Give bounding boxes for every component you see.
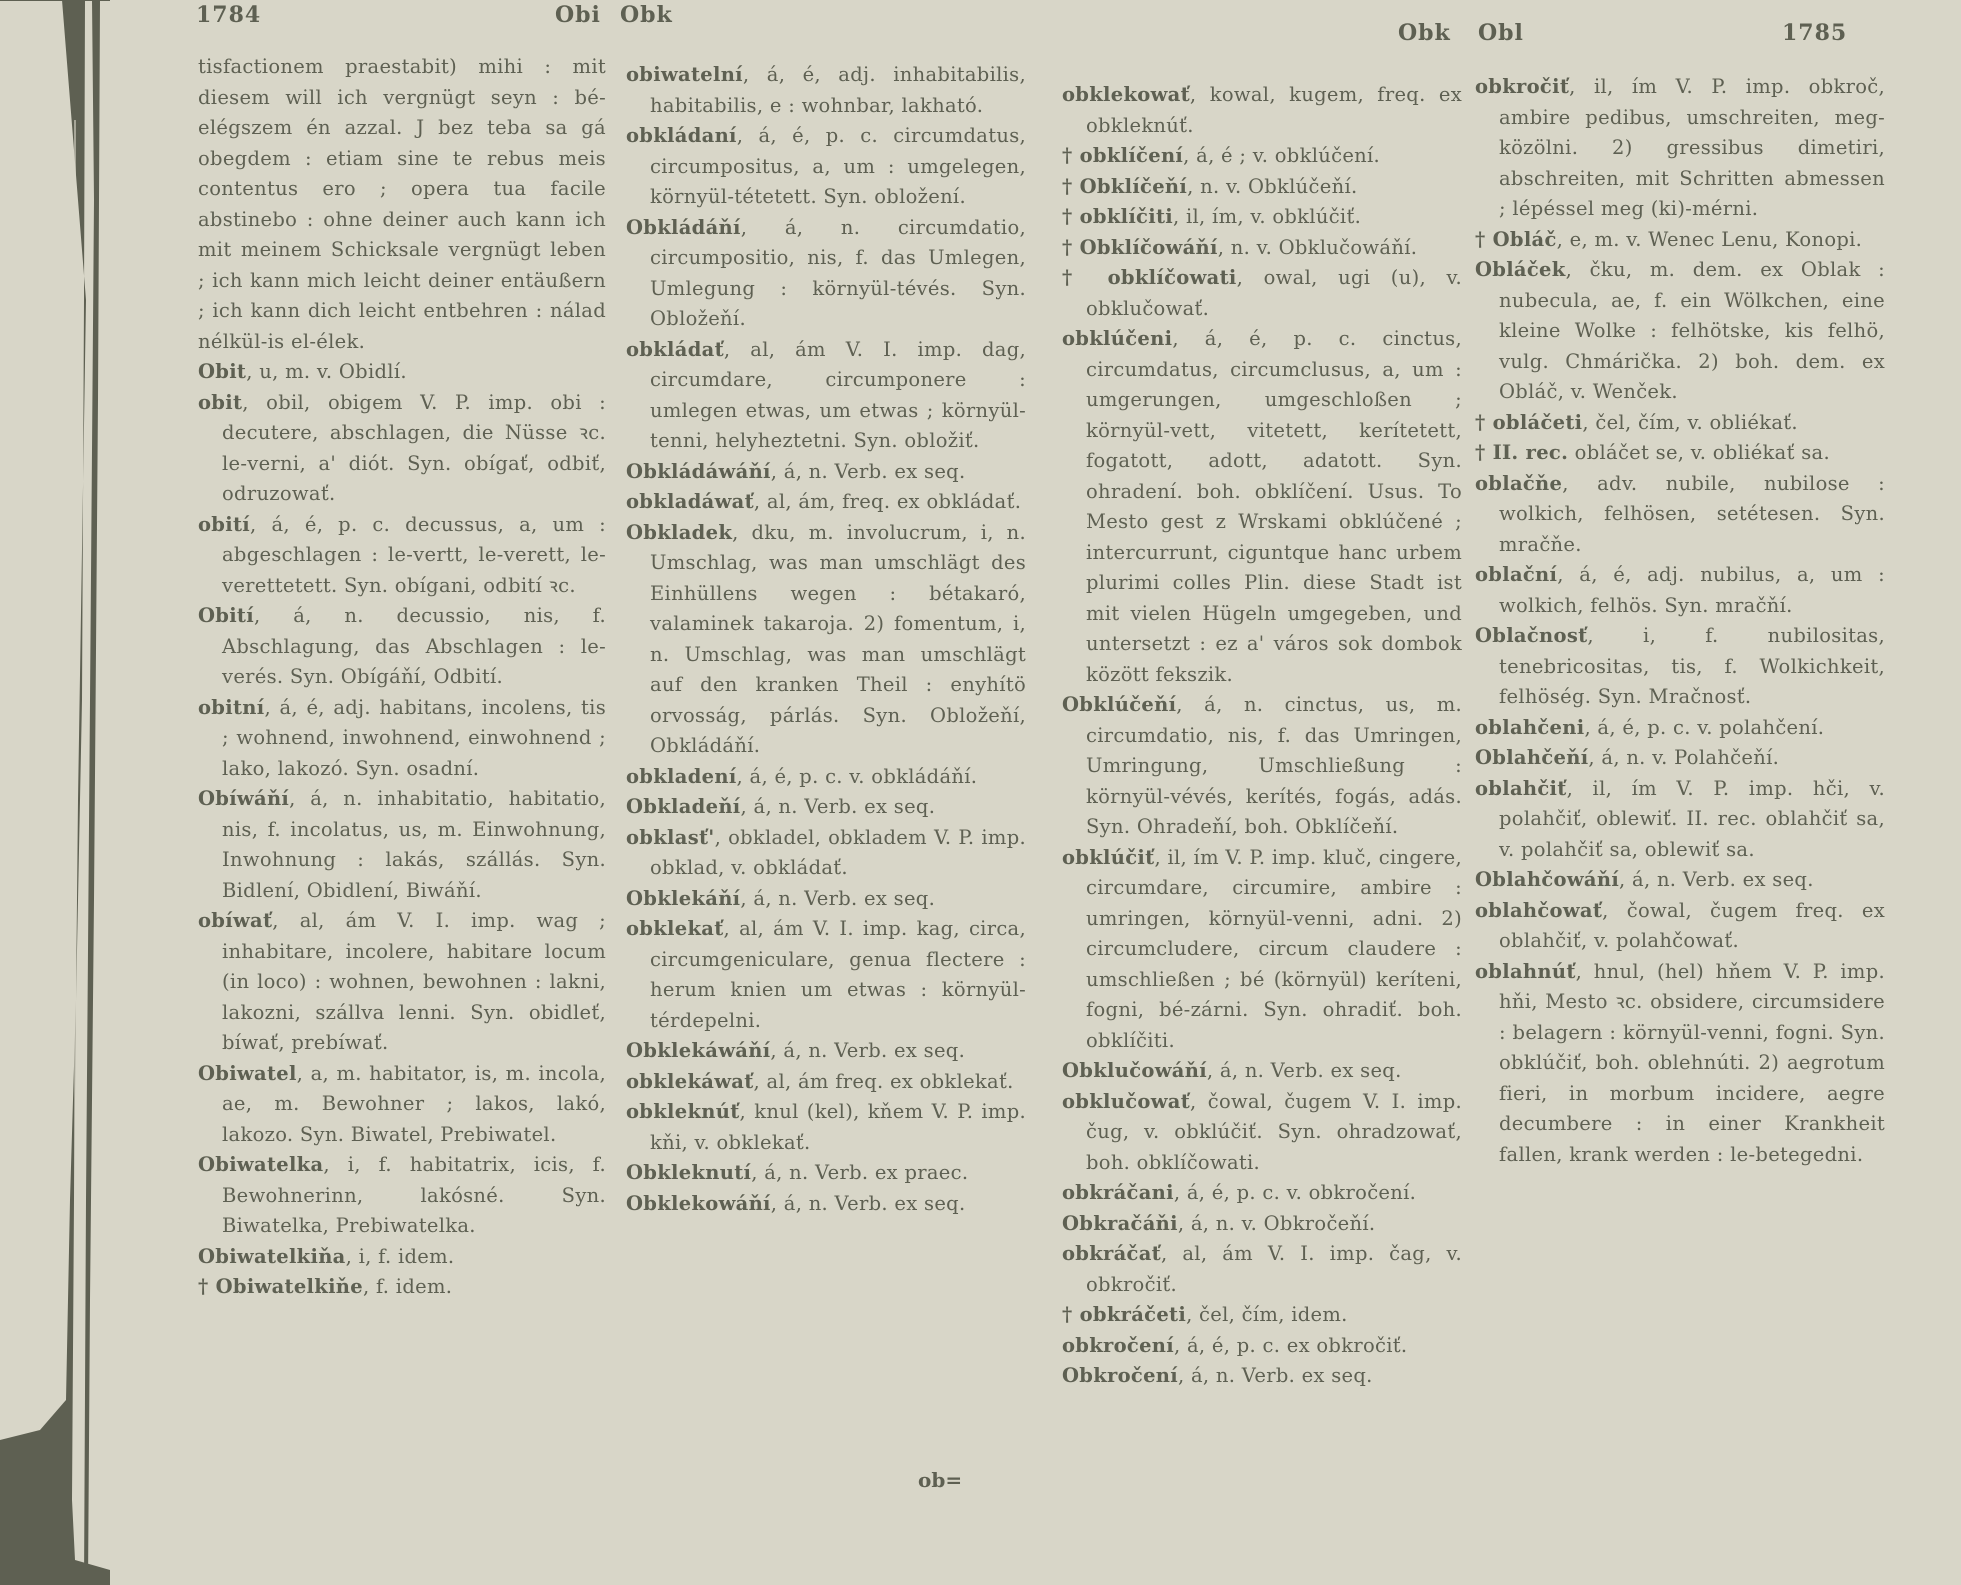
definition-text: , á, é, adj. nubilus, a, um : wolkich, f…	[1499, 563, 1885, 617]
page-number-left: 1784	[196, 2, 261, 28]
dictionary-entry: Obklekáwáňí, á, n. Verb. ex seq.	[626, 1036, 1026, 1067]
dictionary-entry: obíwať, al, ám V. I. imp. wag ; inhabita…	[198, 906, 606, 1059]
dictionary-entry: obit, obil, obigem V. P. imp. obi : decu…	[198, 388, 606, 510]
dictionary-entry: Obkládáňí, á, n. circumdatio, circumposi…	[626, 213, 1026, 335]
dictionary-entry: oblahnúť, hnul, (hel) hňem V. P. imp. hň…	[1475, 957, 1885, 1171]
definition-text: , á, n. Verb. ex seq.	[1178, 1364, 1373, 1387]
dictionary-entry: † II. rec. obláčet se, v. obliékať sa.	[1475, 438, 1885, 469]
headword: obklíčowati	[1108, 266, 1237, 289]
dictionary-entry: oblační, á, é, adj. nubilus, a, um : wol…	[1475, 560, 1885, 621]
dictionary-entry: Oblahčowáňí, á, n. Verb. ex seq.	[1475, 865, 1885, 896]
obsolete-dagger-icon: †	[1062, 236, 1080, 259]
definition-text: , á, é, p. c. v. obkládáňí.	[737, 765, 978, 788]
dictionary-entry: Oblačnosť, i, f. nubilositas, tenebricos…	[1475, 621, 1885, 713]
dictionary-entry: obkládaní, á, é, p. c. circumdatus, circ…	[626, 121, 1026, 213]
headword: obklučowať	[1062, 1090, 1190, 1113]
dictionary-entry: Obklúčeňí, á, n. cinctus, us, m. circumd…	[1062, 690, 1462, 843]
dictionary-entry: obklekať, al, ám V. I. imp. kag, circa, …	[626, 914, 1026, 1036]
dictionary-entry: tisfactionem praestabit) mihi : mit dies…	[198, 52, 606, 357]
headword: Obkračáňi	[1062, 1212, 1178, 1235]
column-4: obkročiť, il, ím V. P. imp. obkroč, ambi…	[1475, 72, 1885, 1170]
obsolete-dagger-icon: †	[1062, 1303, 1080, 1326]
headword: obkládaní	[626, 124, 737, 147]
dictionary-entry: † obklíčowati, owal, ugi (u), v. obklučo…	[1062, 263, 1462, 324]
dictionary-entry: Obkládáwáňí, á, n. Verb. ex seq.	[626, 457, 1026, 488]
headword: Obklúčeňí	[1062, 693, 1176, 716]
headword: obkladáwať	[626, 490, 754, 513]
headword: obiwatelní	[626, 63, 743, 86]
column-1: tisfactionem praestabit) mihi : mit dies…	[198, 52, 606, 1303]
definition-text: , á, é ; v. obklúčení.	[1183, 144, 1380, 167]
dictionary-entry: † Obklíčeňí, n. v. Obklúčeňí.	[1062, 172, 1462, 203]
dictionary-entry: obiwatelní, á, é, adj. inhabitabilis, ha…	[626, 60, 1026, 121]
dictionary-entry: Obíwáňí, á, n. inhabitatio, habitatio, n…	[198, 784, 606, 906]
definition-text: , hnul, (hel) hňem V. P. imp. hňi, Mesto…	[1499, 960, 1885, 1166]
definition-text: , il, ím, v. obklúčiť.	[1173, 205, 1361, 228]
headword: Obklekáwáňí	[626, 1039, 770, 1062]
headword: Obiwatelka	[198, 1153, 323, 1176]
definition-text: , f. idem.	[363, 1275, 452, 1298]
dictionary-entry: obklučowať, čowal, čugem V. I. imp. čug,…	[1062, 1087, 1462, 1179]
dictionary-entry: Obiwatelka, i, f. habitatrix, icis, f. B…	[198, 1150, 606, 1242]
headword: oblačňe	[1475, 472, 1562, 495]
dictionary-entry: Obití, á, n. decussio, nis, f. Abschlagu…	[198, 601, 606, 693]
headword: obklíčiti	[1080, 205, 1173, 228]
dictionary-entry: obklekáwať, al, ám freq. ex obklekať.	[626, 1067, 1026, 1098]
dictionary-entry: † Obláč, e, m. v. Wenec Lenu, Konopi.	[1475, 225, 1885, 256]
headword: Obkleknutí	[626, 1161, 751, 1184]
dictionary-entry: Obkladeňí, á, n. Verb. ex seq.	[626, 792, 1026, 823]
headword: obklasť'	[626, 826, 715, 849]
definition-text: , al, ám V. I. imp. wag ; inhabitare, in…	[222, 909, 606, 1054]
headword: Obklíčowáňí	[1080, 236, 1218, 259]
headword: Obkladek	[626, 521, 732, 544]
headword: Obit	[198, 360, 246, 383]
running-head-right-2: Obl	[1478, 20, 1524, 46]
headword: Obkládáwáňí	[626, 460, 771, 483]
headword: oblahnúť	[1475, 960, 1576, 983]
headword: obkráčať	[1062, 1242, 1161, 1265]
definition-text: , á, é, p. c. v. obkročení.	[1174, 1181, 1416, 1204]
obsolete-dagger-icon: †	[1062, 175, 1080, 198]
definition-text: , dku, m. involucrum, i, n. Umschlag, wa…	[650, 521, 1026, 758]
headword: obkročení	[1062, 1334, 1174, 1357]
dictionary-entry: † obkráčeti, čel, čím, idem.	[1062, 1300, 1462, 1331]
dictionary-entry: Oblahčeňí, á, n. v. Polahčeňí.	[1475, 743, 1885, 774]
obsolete-dagger-icon: †	[1475, 411, 1493, 434]
dictionary-entry: Obklekowáňí, á, n. Verb. ex seq.	[626, 1189, 1026, 1220]
definition-text: , á, n. v. Obkročeňí.	[1178, 1212, 1376, 1235]
definition-text: , á, é, adj. habitans, incolens, tis ; w…	[222, 696, 606, 780]
definition-text: , á, n. Verb. ex seq.	[740, 887, 935, 910]
dictionary-entry: Obláček, čku, m. dem. ex Oblak : nubecul…	[1475, 255, 1885, 408]
obsolete-dagger-icon: †	[1475, 441, 1493, 464]
dictionary-entry: † obláčeti, čel, čím, v. obliékať.	[1475, 408, 1885, 439]
definition-text: , á, n. Verb. ex seq.	[741, 795, 936, 818]
dictionary-entry: † Obiwatelkiňe, f. idem.	[198, 1272, 606, 1303]
dictionary-entry: oblahčiť, il, ím V. P. imp. hči, v. pola…	[1475, 774, 1885, 866]
definition-text: , á, é, p. c. ex obkročiť.	[1174, 1334, 1407, 1357]
headword: obit	[198, 391, 242, 414]
running-head-left-2: Obk	[620, 2, 673, 28]
definition-text: , n. v. Obklučowáňí.	[1218, 236, 1418, 259]
running-head-left-1: Obi	[555, 2, 601, 28]
headword: obklekať	[626, 917, 724, 940]
headword: oblační	[1475, 563, 1557, 586]
dictionary-entry: Obkladek, dku, m. involucrum, i, n. Umsc…	[626, 518, 1026, 762]
headword: Obkládáňí	[626, 216, 741, 239]
definition-text: , čel, čím, idem.	[1186, 1303, 1348, 1326]
headword: Obklekowáňí	[626, 1192, 771, 1215]
headword: oblahčiť	[1475, 777, 1567, 800]
definition-text: , á, n. Verb. ex seq.	[771, 460, 966, 483]
dictionary-entry: obklekowať, kowal, kugem, freq. ex obkle…	[1062, 80, 1462, 141]
dictionary-entry: oblačňe, adv. nubile, nubilose : wolkich…	[1475, 469, 1885, 561]
headword: obkráčani	[1062, 1181, 1174, 1204]
headword: Obklekáňí	[626, 887, 740, 910]
obsolete-dagger-icon: †	[1062, 205, 1080, 228]
headword: Obklíčeňí	[1080, 175, 1188, 198]
definition-text: , al, ám, freq. ex obkládať.	[754, 490, 1021, 513]
definition-text: , á, é, p. c. v. polahčení.	[1584, 716, 1824, 739]
dictionary-entry: Obit, u, m. v. Obidlí.	[198, 357, 606, 388]
headword: obkráčeti	[1080, 1303, 1186, 1326]
dictionary-entry: obklasť', obkladel, obkladem V. P. imp. …	[626, 823, 1026, 884]
headword: obklúčeni	[1062, 327, 1172, 350]
headword: Obíwáňí	[198, 787, 289, 810]
definition-text: , n. v. Obklúčeňí.	[1187, 175, 1357, 198]
headword: Oblahčeňí	[1475, 746, 1588, 769]
catchword: ob=	[918, 1468, 962, 1492]
definition-text: , á, n. Verb. ex seq.	[1619, 868, 1814, 891]
headword: Obití	[198, 604, 254, 627]
obsolete-dagger-icon: †	[1475, 228, 1493, 251]
obsolete-dagger-icon: †	[1062, 266, 1108, 289]
obsolete-dagger-icon: †	[1062, 144, 1080, 167]
headword: obitní	[198, 696, 264, 719]
headword: obklekáwať	[626, 1070, 754, 1093]
headword: obkladení	[626, 765, 737, 788]
definition-text: , á, n. Verb. ex seq.	[1207, 1059, 1402, 1082]
dictionary-entry: † Obklíčowáňí, n. v. Obklučowáňí.	[1062, 233, 1462, 264]
definition-text: , i, f. idem.	[346, 1245, 455, 1268]
dictionary-entry: obklúčeni, á, é, p. c. cinctus, circumda…	[1062, 324, 1462, 690]
dictionary-entry: † obklíčiti, il, ím, v. obklúčiť.	[1062, 202, 1462, 233]
dictionary-entry: oblahčeni, á, é, p. c. v. polahčení.	[1475, 713, 1885, 744]
dictionary-entry: obkleknúť, knul (kel), kňem V. P. imp. k…	[626, 1097, 1026, 1158]
headword: Obiwatel	[198, 1062, 297, 1085]
definition-text: , il, ím V. P. imp. kluč, cingere, circu…	[1086, 846, 1462, 1052]
headword: Oblahčowáňí	[1475, 868, 1619, 891]
headword: obláčeti	[1493, 411, 1583, 434]
headword: oblahčowať	[1475, 899, 1602, 922]
dictionary-entry: Obkračáňi, á, n. v. Obkročeňí.	[1062, 1209, 1462, 1240]
headword: Obiwatelkiňe	[216, 1275, 363, 1298]
headword: Obkročení	[1062, 1364, 1178, 1387]
page-number-right: 1785	[1782, 20, 1847, 46]
dictionary-entry: obití, á, é, p. c. decussus, a, um : abg…	[198, 510, 606, 602]
headword: obkládať	[626, 338, 724, 361]
running-head-right-1: Obk	[1398, 20, 1451, 46]
dictionary-entry: obitní, á, é, adj. habitans, incolens, t…	[198, 693, 606, 785]
dictionary-entry: obkráčať, al, ám V. I. imp. čag, v. obkr…	[1062, 1239, 1462, 1300]
headword: obkleknúť	[626, 1100, 740, 1123]
dictionary-entry: Obklučowáňí, á, n. Verb. ex seq.	[1062, 1056, 1462, 1087]
definition-text: , obil, obigem V. P. imp. obi : decutere…	[222, 391, 606, 506]
dictionary-entry: obkráčani, á, é, p. c. v. obkročení.	[1062, 1178, 1462, 1209]
definition-text: , á, n. Verb. ex praec.	[751, 1161, 968, 1184]
headword: Obkladeňí	[626, 795, 741, 818]
headword: obklíčení	[1080, 144, 1184, 167]
headword: Obiwatelkiňa	[198, 1245, 346, 1268]
dictionary-entry: Obiwatel, a, m. habitator, is, m. incola…	[198, 1059, 606, 1151]
obsolete-dagger-icon: †	[198, 1275, 216, 1298]
headword: obíwať	[198, 909, 272, 932]
dictionary-entry: obkročiť, il, ím V. P. imp. obkroč, ambi…	[1475, 72, 1885, 225]
dictionary-entry: obkladení, á, é, p. c. v. obkládáňí.	[626, 762, 1026, 793]
dictionary-entry: † obklíčení, á, é ; v. obklúčení.	[1062, 141, 1462, 172]
headword: obklekowať	[1062, 83, 1190, 106]
headword: obkročiť	[1475, 75, 1569, 98]
definition-text: , á, n. v. Polahčeňí.	[1588, 746, 1779, 769]
headword: Obklučowáňí	[1062, 1059, 1207, 1082]
definition-text: , á, n. Verb. ex seq.	[771, 1192, 966, 1215]
definition-text: , u, m. v. Obidlí.	[246, 360, 407, 383]
dictionary-entry: obklúčiť, il, ím V. P. imp. kluč, cinger…	[1062, 843, 1462, 1057]
headword: Obláček	[1475, 258, 1566, 281]
headword: Obláč	[1493, 228, 1557, 251]
headword: Oblačnosť	[1475, 624, 1587, 647]
dictionary-entry: obkladáwať, al, ám, freq. ex obkládať.	[626, 487, 1026, 518]
headword: II. rec.	[1493, 441, 1569, 464]
dictionary-entry: Obkročení, á, n. Verb. ex seq.	[1062, 1361, 1462, 1392]
headword: obití	[198, 513, 250, 536]
column-2: obiwatelní, á, é, adj. inhabitabilis, ha…	[626, 60, 1026, 1219]
headword: oblahčeni	[1475, 716, 1584, 739]
definition-text: tisfactionem praestabit) mihi : mit dies…	[198, 55, 606, 353]
column-3: obklekowať, kowal, kugem, freq. ex obkle…	[1062, 80, 1462, 1392]
dictionary-entry: oblahčowať, čowal, čugem freq. ex oblahč…	[1475, 896, 1885, 957]
definition-text: , á, n. decussio, nis, f. Abschlagung, d…	[222, 604, 606, 688]
dictionary-entry: Obiwatelkiňa, i, f. idem.	[198, 1242, 606, 1273]
book-binding-edge	[0, 0, 110, 1585]
dictionary-entry: Obklekáňí, á, n. Verb. ex seq.	[626, 884, 1026, 915]
definition-text: obláčet se, v. obliékať sa.	[1568, 441, 1830, 464]
definition-text: , á, é, p. c. cinctus, circumdatus, circ…	[1086, 327, 1462, 686]
definition-text: , á, n. Verb. ex seq.	[770, 1039, 965, 1062]
definition-text: , čel, čím, v. obliékať.	[1582, 411, 1798, 434]
definition-text: , e, m. v. Wenec Lenu, Konopi.	[1557, 228, 1863, 251]
definition-text: , al, ám freq. ex obklekať.	[754, 1070, 1014, 1093]
headword: obklúčiť	[1062, 846, 1154, 869]
dictionary-entry: obkládať, al, ám V. I. imp. dag, circumd…	[626, 335, 1026, 457]
dictionary-entry: Obkleknutí, á, n. Verb. ex praec.	[626, 1158, 1026, 1189]
definition-text: , á, é, p. c. decussus, a, um : abgeschl…	[222, 513, 606, 597]
dictionary-entry: obkročení, á, é, p. c. ex obkročiť.	[1062, 1331, 1462, 1362]
